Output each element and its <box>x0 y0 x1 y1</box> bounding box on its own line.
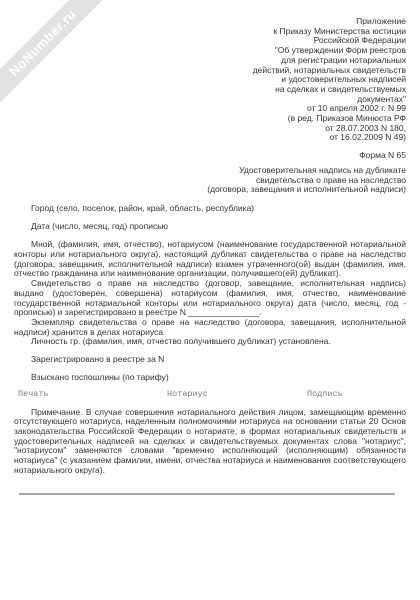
note-paragraph: Примечание. В случае совершения нотариал… <box>14 408 406 476</box>
order-header-block: Приложение к Приказу Министерства юстици… <box>14 17 406 143</box>
paragraph-identity-established: Личность гр. (фамилия, имя, отчество пол… <box>14 337 406 347</box>
document-title-block: Удостоверительная надпись на дубликате с… <box>14 166 406 195</box>
title-line: (договора, завещания и исполнительной на… <box>14 185 406 195</box>
date-line: Дата (число, месяц, год) прописью <box>14 222 406 232</box>
header-line: от 16.02.2009 N 49) <box>14 133 406 143</box>
location-line: Город (село, поселок, район, край, облас… <box>14 204 406 214</box>
bottom-divider <box>19 493 395 495</box>
document-page: NoNumber.ru Приложение к Приказу Министе… <box>0 0 420 600</box>
notary-label: Нотариус <box>167 390 208 400</box>
form-number: Форма N 65 <box>14 151 406 161</box>
header-line: на сделках и свидетельствуемых <box>14 85 406 95</box>
paragraph-copy-kept: Экземпляр свидетельства о праве на насле… <box>14 318 406 337</box>
document-content: Приложение к Приказу Министерства юстици… <box>14 17 406 495</box>
registry-line: Зарегистрировано в реестре за N <box>14 355 406 365</box>
paragraph-issued-by: Мной, (фамилия, имя, отчество), нотариус… <box>14 240 406 279</box>
signature-row: Печать Нотариус Подпись <box>14 390 406 400</box>
paragraph-certificate-registered: Свидетельство о праве на наследство (дог… <box>14 279 406 318</box>
body-paragraphs: Мной, (фамилия, имя, отчество), нотариус… <box>14 240 406 347</box>
seal-label: Печать <box>18 390 49 400</box>
fee-line: Взыскано госпошлины (по тарифу) <box>14 373 406 383</box>
signature-label: Подпись <box>307 390 343 400</box>
